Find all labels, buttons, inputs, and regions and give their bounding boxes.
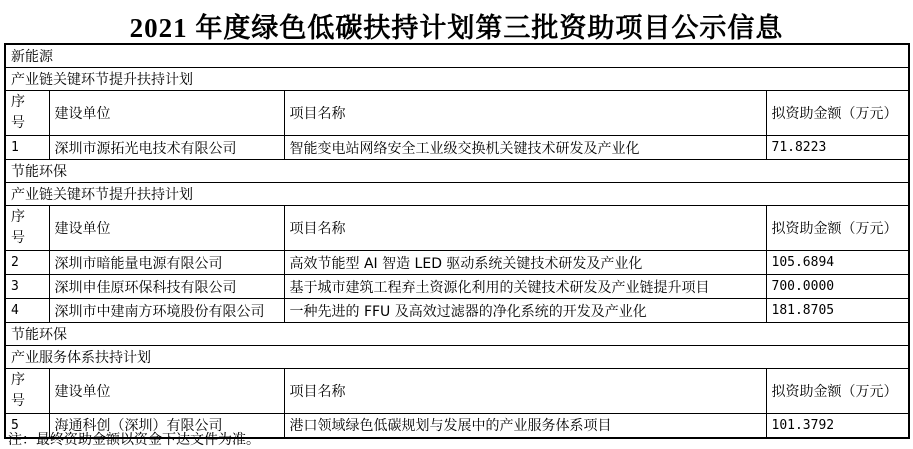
column-header-no: 序号 — [5, 369, 49, 414]
row-amount: 71.8223 — [766, 136, 909, 160]
footnote: 注：最终资助金额以资金下达文件为准。 — [8, 429, 260, 449]
row-amount: 105.6894 — [766, 251, 909, 275]
section-plan-label: 产业服务体系扶持计划 — [5, 346, 909, 369]
section-category-row: 节能环保 — [5, 160, 909, 183]
announcement-document: 2021 年度绿色低碳扶持计划第三批资助项目公示信息 新能源 产业链关键环节提升… — [0, 0, 913, 449]
column-header-project: 项目名称 — [284, 206, 766, 251]
row-no: 2 — [5, 251, 49, 275]
table-header-row: 序号 建设单位 项目名称 拟资助金额（万元） — [5, 206, 909, 251]
column-header-amount: 拟资助金额（万元） — [766, 206, 909, 251]
column-header-amount: 拟资助金额（万元） — [766, 369, 909, 414]
section-category-row: 节能环保 — [5, 323, 909, 346]
row-project: 基于城市建筑工程弃土资源化利用的关键技术研发及产业链提升项目 — [284, 275, 766, 299]
row-company: 深圳申佳原环保科技有限公司 — [49, 275, 284, 299]
column-header-company: 建设单位 — [49, 369, 284, 414]
row-no: 3 — [5, 275, 49, 299]
column-header-no: 序号 — [5, 206, 49, 251]
section-plan-row: 产业链关键环节提升扶持计划 — [5, 183, 909, 206]
table-header-row: 序号 建设单位 项目名称 拟资助金额（万元） — [5, 91, 909, 136]
row-company: 深圳市中建南方环境股份有限公司 — [49, 299, 284, 323]
table-row: 4 深圳市中建南方环境股份有限公司 一种先进的 FFU 及高效过滤器的净化系统的… — [5, 299, 909, 323]
row-amount: 181.8705 — [766, 299, 909, 323]
column-header-no: 序号 — [5, 91, 49, 136]
row-amount: 700.0000 — [766, 275, 909, 299]
column-header-project: 项目名称 — [284, 91, 766, 136]
section-plan-label: 产业链关键环节提升扶持计划 — [5, 68, 909, 91]
section-category-row: 新能源 — [5, 44, 909, 68]
table-header-row: 序号 建设单位 项目名称 拟资助金额（万元） — [5, 369, 909, 414]
table-row: 2 深圳市暗能量电源有限公司 高效节能型 AI 智造 LED 驱动系统关键技术研… — [5, 251, 909, 275]
projects-table: 新能源 产业链关键环节提升扶持计划 序号 建设单位 项目名称 拟资助金额（万元）… — [4, 43, 910, 439]
row-company: 深圳市暗能量电源有限公司 — [49, 251, 284, 275]
column-header-no-label: 序号 — [11, 370, 26, 412]
column-header-no-label: 序号 — [11, 92, 26, 134]
row-project: 智能变电站网络安全工业级交换机关键技术研发及产业化 — [284, 136, 766, 160]
section-category-label: 新能源 — [5, 44, 909, 68]
section-plan-row: 产业链关键环节提升扶持计划 — [5, 68, 909, 91]
section-plan-row: 产业服务体系扶持计划 — [5, 346, 909, 369]
table-row: 1 深圳市源拓光电技术有限公司 智能变电站网络安全工业级交换机关键技术研发及产业… — [5, 136, 909, 160]
row-project: 高效节能型 AI 智造 LED 驱动系统关键技术研发及产业化 — [284, 251, 766, 275]
row-amount: 101.3792 — [766, 414, 909, 438]
row-project: 一种先进的 FFU 及高效过滤器的净化系统的开发及产业化 — [284, 299, 766, 323]
column-header-company: 建设单位 — [49, 206, 284, 251]
column-header-amount: 拟资助金额（万元） — [766, 91, 909, 136]
table-row: 3 深圳申佳原环保科技有限公司 基于城市建筑工程弃土资源化利用的关键技术研发及产… — [5, 275, 909, 299]
row-project: 港口领域绿色低碳规划与发展中的产业服务体系项目 — [284, 414, 766, 438]
column-header-project: 项目名称 — [284, 369, 766, 414]
section-category-label: 节能环保 — [5, 323, 909, 346]
page-title: 2021 年度绿色低碳扶持计划第三批资助项目公示信息 — [0, 6, 913, 45]
section-plan-label: 产业链关键环节提升扶持计划 — [5, 183, 909, 206]
column-header-company: 建设单位 — [49, 91, 284, 136]
row-no: 1 — [5, 136, 49, 160]
row-no: 4 — [5, 299, 49, 323]
row-company: 深圳市源拓光电技术有限公司 — [49, 136, 284, 160]
section-category-label: 节能环保 — [5, 160, 909, 183]
column-header-no-label: 序号 — [11, 207, 26, 249]
